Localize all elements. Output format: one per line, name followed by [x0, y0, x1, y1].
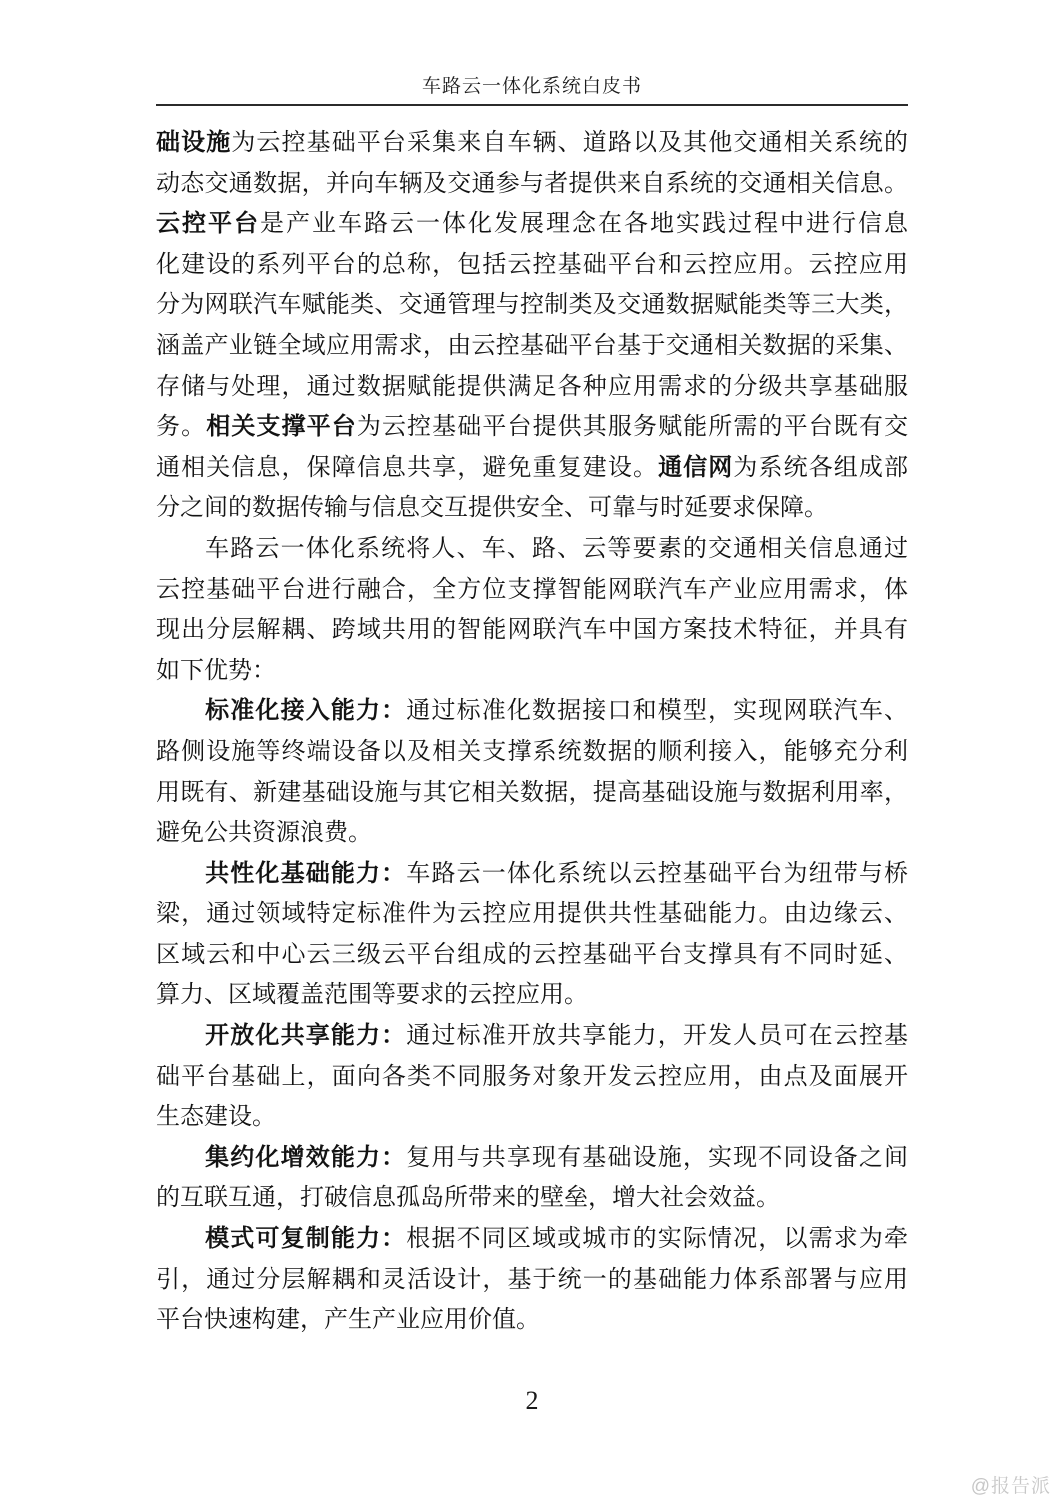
- text-line: 础设施为云控基础平台采集来自车辆、道路以及其他交通相关系统的: [156, 123, 908, 164]
- text-run: 现出分层解耦、跨域共用的智能网联汽车中国方案技术特征，并具有: [156, 617, 908, 643]
- text-run: 引，通过分层解耦和灵活设计，基于统一的基础能力体系部署与应用: [156, 1267, 908, 1293]
- paragraph-indent: [156, 1042, 204, 1043]
- text-line: 化建设的系列平台的总称，包括云控基础平台和云控应用。云控应用: [156, 245, 908, 286]
- text-line: 生态建设。: [156, 1097, 908, 1138]
- text-line: 云控平台是产业车路云一体化发展理念在各地实践过程中进行信息: [156, 204, 908, 245]
- text-run: 化建设的系列平台的总称，包括云控基础平台和云控应用。云控应用: [156, 252, 908, 278]
- bold-term: 云控平台: [156, 211, 260, 237]
- text-run: 根据不同区域或城市的实际情况，以需求为牵: [406, 1226, 908, 1252]
- text-run: 复用与共享现有基础设施，实现不同设备之间: [406, 1145, 908, 1171]
- text-run: 如下优势：: [156, 658, 276, 684]
- text-line: 分之间的数据传输与信息交互提供安全、可靠与时延要求保障。: [156, 488, 908, 529]
- bold-term: 础设施: [156, 130, 231, 156]
- text-line: 现出分层解耦、跨域共用的智能网联汽车中国方案技术特征，并具有: [156, 610, 908, 651]
- bold-term: 共性化基础能力：: [204, 861, 406, 887]
- paragraph-indent: [156, 1245, 204, 1246]
- text-line: 梁，通过领域特定标准件为云控应用提供共性基础能力。由边缘云、: [156, 894, 908, 935]
- text-run: 算力、区域覆盖范围等要求的云控应用。: [156, 982, 588, 1008]
- text-line: 础平台基础上，面向各类不同服务对象开发云控应用，由点及面展开: [156, 1057, 908, 1098]
- text-run: 务。: [156, 414, 206, 440]
- paragraph-indent: [156, 880, 204, 881]
- page-number: 2: [156, 1386, 908, 1416]
- text-line: 标准化接入能力：通过标准化数据接口和模型，实现网联汽车、: [156, 691, 908, 732]
- paragraph-indent: [156, 555, 204, 556]
- text-line: 动态交通数据，并向车辆及交通参与者提供来自系统的交通相关信息。: [156, 164, 908, 205]
- text-run: 区域云和中心云三级云平台组成的云控基础平台支撑具有不同时延、: [156, 942, 908, 968]
- text-run: 涵盖产业链全域应用需求，由云控基础平台基于交通相关数据的采集、: [156, 333, 908, 359]
- text-line: 的互联互通，打破信息孤岛所带来的壁垒，增大社会效益。: [156, 1178, 908, 1219]
- text-run: 用既有、新建基础设施与其它相关数据，提高基础设施与数据利用率，: [156, 780, 908, 806]
- text-run: 路侧设施等终端设备以及相关支撑系统数据的顺利接入，能够充分利: [156, 739, 908, 765]
- document-page: 车路云一体化系统白皮书 础设施为云控基础平台采集来自车辆、道路以及其他交通相关系…: [0, 0, 1061, 1500]
- text-line: 集约化增效能力：复用与共享现有基础设施，实现不同设备之间: [156, 1138, 908, 1179]
- text-line: 云控基础平台进行融合，全方位支撑智能网联汽车产业应用需求，体: [156, 570, 908, 611]
- text-line: 路侧设施等终端设备以及相关支撑系统数据的顺利接入，能够充分利: [156, 732, 908, 773]
- text-run: 为系统各组成部: [733, 455, 908, 481]
- bold-term: 开放化共享能力：: [204, 1023, 406, 1049]
- text-run: 云控基础平台进行融合，全方位支撑智能网联汽车产业应用需求，体: [156, 577, 908, 603]
- bold-term: 模式可复制能力：: [204, 1226, 406, 1252]
- text-run: 车路云一体化系统以云控基础平台为纽带与桥: [406, 861, 908, 887]
- text-line: 引，通过分层解耦和灵活设计，基于统一的基础能力体系部署与应用: [156, 1260, 908, 1301]
- text-line: 平台快速构建，产生产业应用价值。: [156, 1300, 908, 1341]
- text-run: 平台快速构建，产生产业应用价值。: [156, 1307, 540, 1333]
- text-line: 车路云一体化系统将人、车、路、云等要素的交通相关信息通过: [156, 529, 908, 570]
- text-run: 动态交通数据，并向车辆及交通参与者提供来自系统的交通相关信息。: [156, 171, 908, 197]
- text-line: 务。相关支撑平台为云控基础平台提供其服务赋能所需的平台既有交: [156, 407, 908, 448]
- header-divider: [156, 104, 908, 106]
- watermark-text: @报告派: [971, 1471, 1051, 1498]
- text-run: 的互联互通，打破信息孤岛所带来的壁垒，增大社会效益。: [156, 1185, 780, 1211]
- text-line: 避免公共资源浪费。: [156, 813, 908, 854]
- text-line: 存储与处理，通过数据赋能提供满足各种应用需求的分级共享基础服: [156, 367, 908, 408]
- text-run: 是产业车路云一体化发展理念在各地实践过程中进行信息: [260, 211, 908, 237]
- text-line: 模式可复制能力：根据不同区域或城市的实际情况，以需求为牵: [156, 1219, 908, 1260]
- text-run: 通过标准开放共享能力，开发人员可在云控基: [406, 1023, 908, 1049]
- text-run: 存储与处理，通过数据赋能提供满足各种应用需求的分级共享基础服: [156, 374, 908, 400]
- bold-term: 通信网: [658, 455, 733, 481]
- text-line: 用既有、新建基础设施与其它相关数据，提高基础设施与数据利用率，: [156, 773, 908, 814]
- text-run: 为云控基础平台采集来自车辆、道路以及其他交通相关系统的: [231, 130, 908, 156]
- text-run: 车路云一体化系统将人、车、路、云等要素的交通相关信息通过: [204, 536, 908, 562]
- text-run: 分为网联汽车赋能类、交通管理与控制类及交通数据赋能类等三大类，: [156, 292, 908, 318]
- paragraph-indent: [156, 717, 204, 718]
- text-line: 共性化基础能力：车路云一体化系统以云控基础平台为纽带与桥: [156, 854, 908, 895]
- text-run: 分之间的数据传输与信息交互提供安全、可靠与时延要求保障。: [156, 495, 828, 521]
- page-header-title: 车路云一体化系统白皮书: [156, 71, 908, 98]
- text-run: 梁，通过领域特定标准件为云控应用提供共性基础能力。由边缘云、: [156, 901, 908, 927]
- text-run: 为云控基础平台提供其服务赋能所需的平台既有交: [357, 414, 908, 440]
- text-run: 础平台基础上，面向各类不同服务对象开发云控应用，由点及面展开: [156, 1064, 908, 1090]
- bold-term: 标准化接入能力：: [204, 698, 406, 724]
- text-line: 涵盖产业链全域应用需求，由云控基础平台基于交通相关数据的采集、: [156, 326, 908, 367]
- text-run: 生态建设。: [156, 1104, 276, 1130]
- text-line: 区域云和中心云三级云平台组成的云控基础平台支撑具有不同时延、: [156, 935, 908, 976]
- text-line: 算力、区域覆盖范围等要求的云控应用。: [156, 975, 908, 1016]
- text-line: 如下优势：: [156, 651, 908, 692]
- body-text: 础设施为云控基础平台采集来自车辆、道路以及其他交通相关系统的动态交通数据，并向车…: [156, 123, 908, 1341]
- bold-term: 集约化增效能力：: [204, 1145, 406, 1171]
- text-run: 通过标准化数据接口和模型，实现网联汽车、: [406, 698, 908, 724]
- text-line: 分为网联汽车赋能类、交通管理与控制类及交通数据赋能类等三大类，: [156, 285, 908, 326]
- paragraph-indent: [156, 1164, 204, 1165]
- text-run: 避免公共资源浪费。: [156, 820, 372, 846]
- text-line: 开放化共享能力：通过标准开放共享能力，开发人员可在云控基: [156, 1016, 908, 1057]
- bold-term: 相关支撑平台: [206, 414, 357, 440]
- text-run: 通相关信息，保障信息共享，避免重复建设。: [156, 455, 658, 481]
- text-line: 通相关信息，保障信息共享，避免重复建设。通信网为系统各组成部: [156, 448, 908, 489]
